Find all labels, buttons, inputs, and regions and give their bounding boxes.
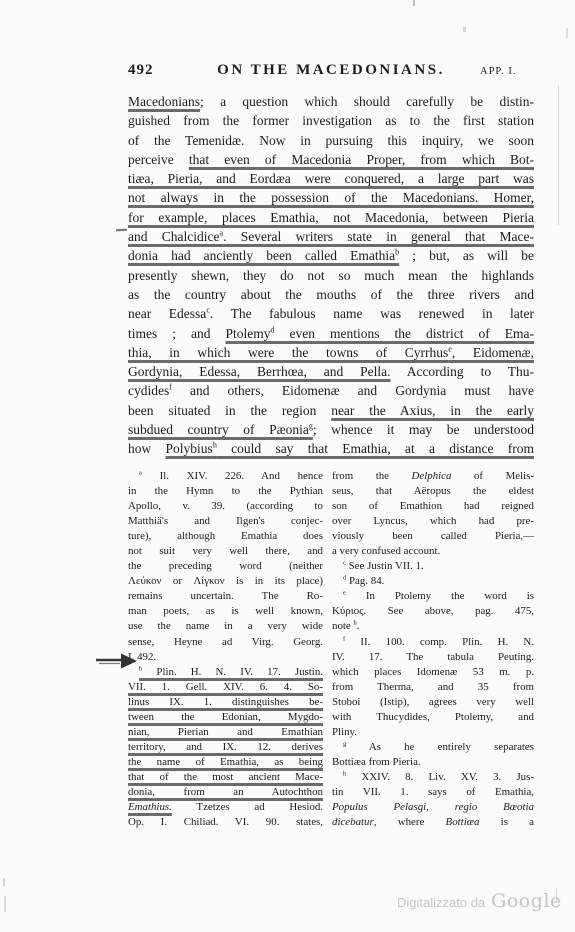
text-line: from Therma, and 35 from <box>332 680 534 695</box>
text-segment: seus, that Aëropus the eldest <box>332 485 534 497</box>
text-segment: Gordynia, Edessa, Berrhœa, and Pella. <box>128 364 391 379</box>
text-line: note h. <box>332 619 534 634</box>
text-line: with Thucydides, Ptolemy, and <box>332 710 534 725</box>
text-line: Κύριος. See above, pag. 475, <box>332 604 534 619</box>
text-line: thia, in which were the towns of Cyrrhus… <box>128 343 534 362</box>
text-segment: Polybius <box>166 441 213 456</box>
text-segment: viously been called Pieria,— <box>332 530 534 542</box>
text-segment: dicebatur <box>332 816 374 828</box>
footnote-column-right: from the Delphica of Melis-seus, that Aë… <box>332 469 534 830</box>
pencil-underline-run: tween the Edonian, Mygdo- <box>128 711 323 723</box>
text-segment: use the name in a very wide <box>128 620 323 632</box>
text-segment: linus IX. 1. distinguishes be- <box>128 696 323 708</box>
text-segment: Matthiä's and Ilgen's conjec- <box>128 515 323 527</box>
text-segment: subdued country of Pæonia <box>128 422 309 437</box>
text-segment: son of Emathion had reigned <box>332 500 534 512</box>
pencil-underline-run: territory, and IX. 12. derives <box>128 741 323 753</box>
scan-speck <box>556 888 557 902</box>
text-segment: territory, and IX. 12. derives <box>128 741 323 753</box>
pencil-dash-mark <box>116 229 127 232</box>
text-segment: that even of Macedonia Proper, from whic… <box>189 152 534 167</box>
text-segment: XXIV. 8. Liv. XV. 3. Jus- <box>346 771 534 783</box>
text-segment: ; a question which should carefully be d… <box>200 94 534 109</box>
pencil-underline-run: subdued country of Pæoniag <box>128 422 313 437</box>
footnote-column-left: a Il. XIV. 226. And hencein the Hymn to … <box>128 469 323 830</box>
text-line: viously been called Pieria,— <box>332 529 534 544</box>
text-segment: note <box>332 620 353 632</box>
text-segment: from Therma, and 35 from <box>332 681 534 693</box>
text-segment: times ; and <box>128 326 226 341</box>
text-segment: from the <box>332 470 412 482</box>
text-line: Gordynia, Edessa, Berrhœa, and Pella. Ac… <box>128 362 534 381</box>
text-segment: thia, in which were the towns of Cyrrhus <box>128 345 448 360</box>
pencil-underline-run: and Chalcidicea. Several writers state i… <box>128 229 534 244</box>
text-line: near Edessac. The fabulous name was rene… <box>128 304 534 323</box>
text-segment: Ptolemy <box>226 326 271 341</box>
text-segment: Bottiæa <box>446 816 480 828</box>
text-line: linus IX. 1. distinguishes be- <box>128 695 323 710</box>
scan-edge-line <box>558 85 559 225</box>
pencil-underline-run: Gordynia, Edessa, Berrhœa, and Pella. <box>128 364 391 379</box>
text-segment: , Eidomenæ, <box>452 345 534 360</box>
text-segment: with Thucydides, Ptolemy, and <box>332 711 534 723</box>
text-segment: Tzetzes ad Hesiod. <box>172 801 323 813</box>
text-segment: Macedonians <box>128 94 200 109</box>
text-line: sense, Heyne ad Virg. Georg. <box>128 635 323 650</box>
text-segment: In Ptolemy the word is <box>346 590 534 602</box>
text-line: use the name in a very wide <box>128 619 323 634</box>
running-title: ON THE MACEDONIANS. <box>128 62 534 79</box>
google-logo: Google <box>491 890 562 912</box>
text-segment: Emathius. <box>128 801 172 813</box>
text-segment: is a <box>479 816 534 828</box>
text-line: tin VII. 1. says of Emathia, <box>332 785 534 800</box>
text-segment: the preceding word (neither <box>128 560 323 572</box>
text-segment: man poets, as is well known, <box>128 605 323 617</box>
text-segment: . <box>357 620 360 632</box>
pencil-underline-run: donia, from an Autochthon <box>128 786 323 798</box>
text-segment: tiæa, Pieria, and Eordæa were conquered,… <box>128 171 534 186</box>
text-line: subdued country of Pæoniag; whence it ma… <box>128 420 534 439</box>
pencil-underline-run: near the Axius, in the early <box>331 403 534 418</box>
text-segment: Op. I. Chiliad. VI. 90. states, <box>128 816 323 828</box>
text-segment: and Chalcidice <box>128 229 220 244</box>
scan-speck <box>463 27 466 32</box>
text-segment: , where <box>374 816 446 828</box>
text-line: cydidesf and others, Eidomenæ and Gordyn… <box>128 381 534 400</box>
text-line: Bottiæa from Pieria. <box>332 755 534 770</box>
text-line: Λεύκον or Λίγκον is in its place) <box>128 574 323 589</box>
text-line: not suit very well there, and <box>128 544 323 559</box>
text-segment: II. 100. comp. Plin. H. N. <box>345 636 534 648</box>
pencil-underline-run: for example, places Emathia, not Macedon… <box>128 210 534 225</box>
pencil-underline-run: donia had anciently been called Emathiab <box>128 248 399 263</box>
text-line: the name of Emathia, as being <box>128 755 323 770</box>
text-line: Stoboi (Istip), agrees very well <box>332 695 534 710</box>
text-segment: that of the most ancient Mace- <box>128 771 323 783</box>
text-segment: VII. 1. Gell. XIV. 6. 4. So- <box>128 681 323 693</box>
text-line: that of the most ancient Mace- <box>128 770 323 785</box>
text-line: c See Justin VII. 1. <box>332 559 534 574</box>
text-segment: Delphica <box>412 470 452 482</box>
text-line: Op. I. Chiliad. VI. 90. states, <box>128 815 323 830</box>
pencil-underline-run: linus IX. 1. distinguishes be- <box>128 696 323 708</box>
text-segment: near Edessa <box>128 306 206 321</box>
pencil-underline-run: the name of Emathia, as being <box>128 756 323 768</box>
text-line: son of Emathion had reigned <box>332 499 534 514</box>
text-line: from the Delphica of Melis- <box>332 469 534 484</box>
pencil-underline-run: tiæa, Pieria, and Eordæa were conquered,… <box>128 171 534 186</box>
scan-speck <box>3 878 5 886</box>
text-line: Emathius. Tzetzes ad Hesiod. <box>128 800 323 815</box>
text-line: Populus Pelasgi, regio Bœotia <box>332 800 534 815</box>
pencil-underline-run: Ptolemyd even mentions the district of E… <box>226 326 535 341</box>
text-segment: Bottiæa from Pieria. <box>332 756 421 768</box>
text-line: of the Temenidæ. Now in pursuing this in… <box>128 131 534 150</box>
text-segment: ; but, as will be <box>399 248 534 263</box>
text-line: for example, places Emathia, not Macedon… <box>128 208 534 227</box>
text-line: a very confused account. <box>332 544 534 559</box>
text-line: seus, that Aëropus the eldest <box>332 484 534 499</box>
text-segment: See Justin VII. 1. <box>346 560 424 572</box>
text-line: not always in the possession of the Mace… <box>128 188 534 207</box>
text-line: ture), although Emathia does <box>128 529 323 544</box>
text-line: h XXIV. 8. Liv. XV. 3. Jus- <box>332 770 534 785</box>
text-line: which places Idomenæ 53 m. p. <box>332 665 534 680</box>
pencil-underline-run: not always in the possession of the Mace… <box>128 190 534 205</box>
text-segment: near the Axius, in the early <box>331 403 534 418</box>
text-segment: not suit very well there, and <box>128 545 323 557</box>
text-segment: nian, Pierian and Emathian <box>128 726 323 738</box>
text-line: perceive that even of Macedonia Proper, … <box>128 150 534 169</box>
text-segment: Apollo, v. 39. (according to <box>128 500 323 512</box>
text-line: remains uncertain. The Ro- <box>128 589 323 604</box>
google-watermark: Digitalizzato da Google <box>397 890 562 912</box>
text-segment: Κύριος. See above, pag. 475, <box>332 605 534 617</box>
text-line: dicebatur, where Bottiæa is a <box>332 815 534 830</box>
pencil-underline-run: Macedonians <box>128 94 200 109</box>
scan-speck <box>566 28 568 38</box>
text-line: Apollo, v. 39. (according to <box>128 499 323 514</box>
text-line: man poets, as is well known, <box>128 604 323 619</box>
text-line: f II. 100. comp. Plin. H. N. <box>332 635 534 650</box>
text-line: donia had anciently been called Emathiab… <box>128 246 534 265</box>
text-segment: guished from the former investigation as… <box>128 113 534 128</box>
text-segment: As he entirely separates <box>346 741 534 753</box>
text-segment: which places Idomenæ 53 m. p. <box>332 666 534 678</box>
text-line: IV. 17. The tabula Peuting. <box>332 650 534 665</box>
text-line: territory, and IX. 12. derives <box>128 740 323 755</box>
text-line: d Pag. 84. <box>332 574 534 589</box>
text-segment: tin VII. 1. says of Emathia, <box>332 786 534 798</box>
text-line: in the Hymn to the Pythian <box>128 484 323 499</box>
text-segment: a very confused account. <box>332 545 440 557</box>
text-line: a Il. XIV. 226. And hence <box>128 469 323 484</box>
watermark-text: Digitalizzato da <box>397 895 485 910</box>
text-segment: could say that Emathia, at a distance fr… <box>217 441 534 456</box>
text-line: the preceding word (neither <box>128 559 323 574</box>
text-segment: . The fabulous name was renewed in later <box>210 306 534 321</box>
text-segment: donia, from an Autochthon <box>128 786 323 798</box>
pencil-underline-run: nian, Pierian and Emathian <box>128 726 323 738</box>
text-segment: been situated in the region <box>128 403 331 418</box>
text-segment: perceive <box>128 152 189 167</box>
text-line: Matthiä's and Ilgen's conjec- <box>128 514 323 529</box>
text-line: how Polybiush could say that Emathia, at… <box>128 439 534 458</box>
scanned-book-page: 492 ON THE MACEDONIANS. APP. I. Macedoni… <box>0 0 575 932</box>
text-segment: Il. XIV. 226. And hence <box>142 470 323 482</box>
text-segment: remains uncertain. The Ro- <box>128 590 323 602</box>
text-line: g As he entirely separates <box>332 740 534 755</box>
text-segment: in the Hymn to the Pythian <box>128 485 323 497</box>
text-segment: not always in the possession of the Mace… <box>128 190 534 205</box>
text-segment: Pliny. <box>332 726 357 738</box>
scan-speck <box>413 0 415 6</box>
text-segment: IV. 17. The tabula Peuting. <box>332 651 534 663</box>
text-segment: and others, Eidomenæ and Gordynia must h… <box>172 383 534 398</box>
text-line: been situated in the region near the Axi… <box>128 401 534 420</box>
text-segment: of the Temenidæ. Now in pursuing this in… <box>128 133 534 148</box>
pencil-underline-run: Polybiush could say that Emathia, at a d… <box>166 441 534 456</box>
pencil-underline-run: that even of Macedonia Proper, from whic… <box>189 152 534 167</box>
text-segment: . Several writers state in general that … <box>223 229 534 244</box>
text-segment: Λεύκον or Λίγκον is in its place) <box>128 575 323 587</box>
text-line: b Plin. H. N. IV. 17. Justin. <box>128 665 323 680</box>
text-segment: cydides <box>128 383 169 398</box>
text-line: I. 492. <box>128 650 323 665</box>
pencil-underline-run: VII. 1. Gell. XIV. 6. 4. So- <box>128 681 323 693</box>
text-segment: for example, places Emathia, not Macedon… <box>128 210 534 225</box>
text-line: nian, Pierian and Emathian <box>128 725 323 740</box>
text-segment: presently shewn, they do not so much mea… <box>128 268 534 283</box>
text-segment: ture), although Emathia does <box>128 530 323 542</box>
text-line: donia, from an Autochthon <box>128 785 323 800</box>
text-segment: of Melis- <box>451 470 534 482</box>
text-line: over Lyncus, which had pre- <box>332 514 534 529</box>
text-line: tiæa, Pieria, and Eordæa were conquered,… <box>128 169 534 188</box>
scan-speck <box>4 896 6 912</box>
section-label: APP. I. <box>480 66 516 77</box>
text-line: guished from the former investigation as… <box>128 111 534 130</box>
text-segment: even mentions the district of Ema- <box>275 326 534 341</box>
text-segment: as the country about the mouths of the t… <box>128 287 534 302</box>
text-segment: sense, Heyne ad Virg. Georg. <box>128 636 323 648</box>
text-segment: Populus Pelasgi, regio Bœotia <box>332 801 534 813</box>
text-segment: Stoboi (Istip), agrees very well <box>332 696 534 708</box>
text-line: and Chalcidicea. Several writers state i… <box>128 227 534 246</box>
text-segment: how <box>128 441 166 456</box>
text-segment: donia had anciently been called Emathia <box>128 248 395 263</box>
pencil-arrow-icon <box>95 651 139 671</box>
text-line: as the country about the mouths of the t… <box>128 285 534 304</box>
text-line: tween the Edonian, Mygdo- <box>128 710 323 725</box>
text-segment: over Lyncus, which had pre- <box>332 515 534 527</box>
body-text: Macedonians; a question which should car… <box>128 92 534 459</box>
text-line: e In Ptolemy the word is <box>332 589 534 604</box>
text-segment: tween the Edonian, Mygdo- <box>128 711 323 723</box>
text-line: Macedonians; a question which should car… <box>128 92 534 111</box>
pencil-underline-run: Emathius. <box>128 801 172 813</box>
text-segment: According to Thu- <box>391 364 534 379</box>
pencil-underline-run: thia, in which were the towns of Cyrrhus… <box>128 345 534 360</box>
text-line: Pliny. <box>332 725 534 740</box>
text-segment: Pag. 84. <box>346 575 384 587</box>
pencil-underline-run: that of the most ancient Mace- <box>128 771 323 783</box>
pencil-underline-run: b Plin. H. N. IV. 17. Justin. <box>139 666 323 678</box>
text-segment: the name of Emathia, as being <box>128 756 323 768</box>
text-line: times ; and Ptolemyd even mentions the d… <box>128 324 534 343</box>
text-line: presently shewn, they do not so much mea… <box>128 266 534 285</box>
text-segment: ; whence it may be understood <box>313 422 534 437</box>
text-segment: Plin. H. N. IV. 17. Justin. <box>142 666 323 678</box>
text-line: VII. 1. Gell. XIV. 6. 4. So- <box>128 680 323 695</box>
